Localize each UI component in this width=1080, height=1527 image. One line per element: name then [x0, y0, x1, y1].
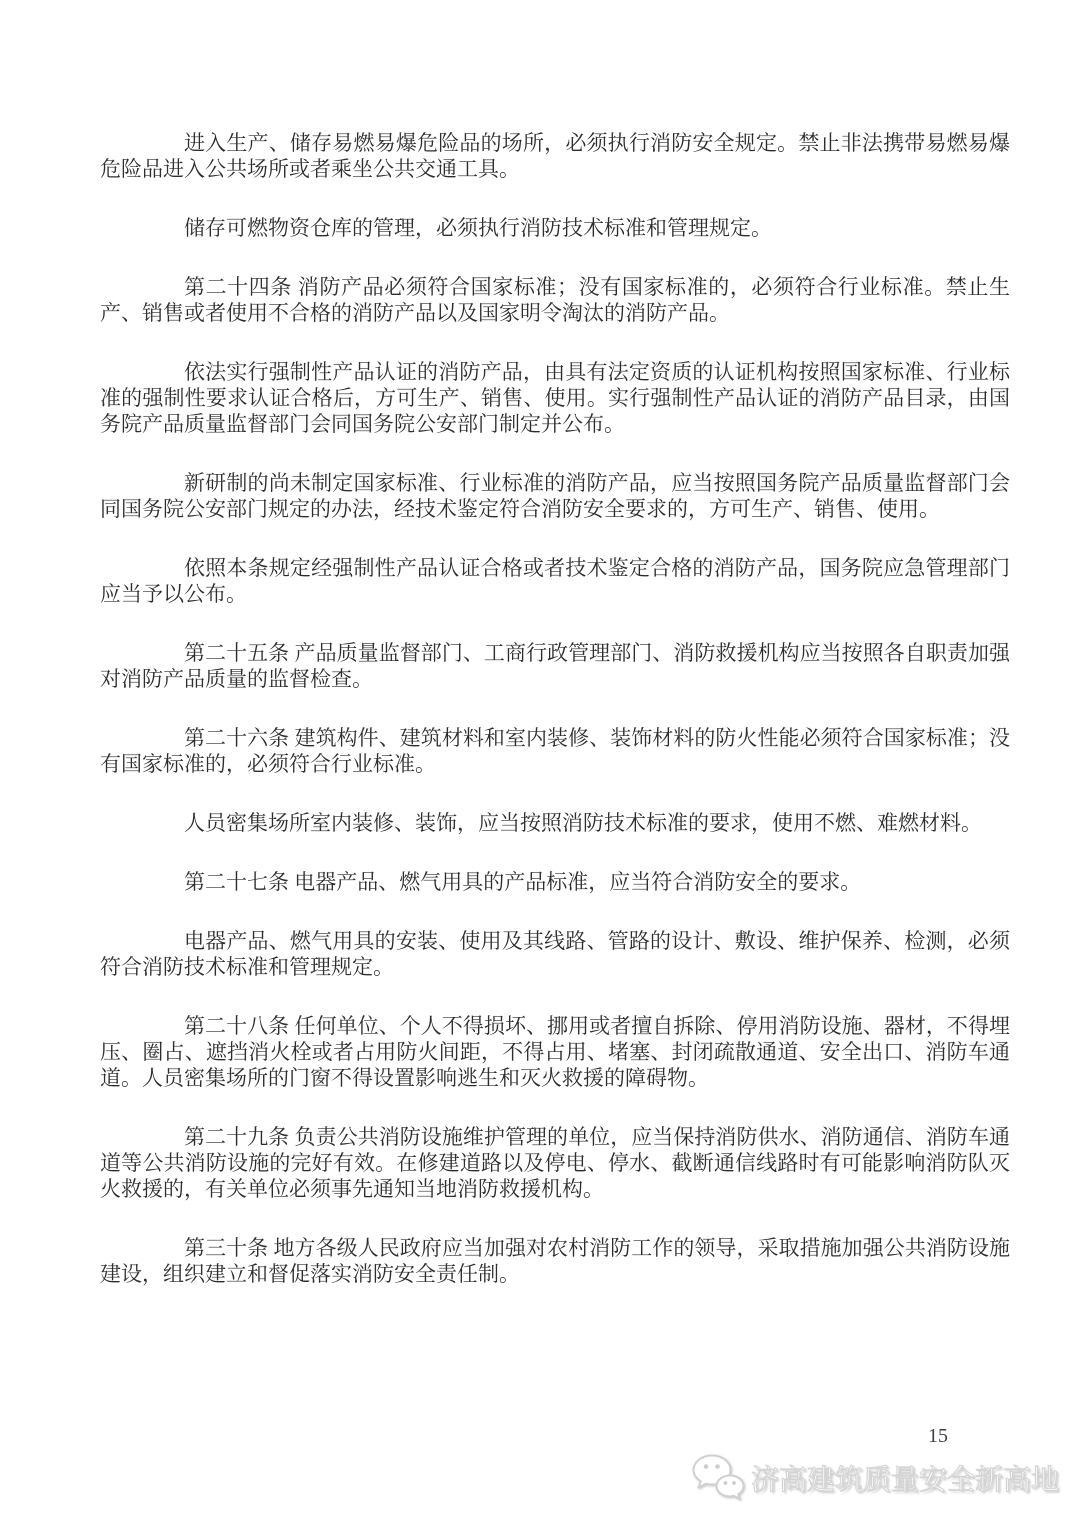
paragraph: 第二十六条 建筑构件、建筑材料和室内装修、装饰材料的防火性能必须符合国家标准；没… [100, 725, 1010, 777]
paragraph: 进入生产、储存易燃易爆危险品的场所，必须执行消防安全规定。禁止非法携带易燃易爆危… [100, 130, 1010, 182]
paragraph: 电器产品、燃气用具的安装、使用及其线路、管路的设计、敷设、维护保养、检测，必须符… [100, 928, 1010, 980]
paragraph: 第二十五条 产品质量监督部门、工商行政管理部门、消防救援机构应当按照各自职责加强… [100, 640, 1010, 692]
paragraph: 第三十条 地方各级人民政府应当加强对农村消防工作的领导，采取措施加强公共消防设施… [100, 1235, 1010, 1287]
paragraph: 第二十七条 电器产品、燃气用具的产品标准，应当符合消防安全的要求。 [100, 869, 1010, 895]
watermark: 济高建筑质量安全新高地 [690, 1452, 1059, 1504]
paragraph: 人员密集场所室内装修、装饰，应当按照消防技术标准的要求，使用不燃、难燃材料。 [100, 810, 1010, 836]
watermark-text: 济高建筑质量安全新高地 [751, 1458, 1059, 1498]
wechat-icon [690, 1452, 746, 1504]
document-body: 进入生产、储存易燃易爆危险品的场所，必须执行消防安全规定。禁止非法携带易燃易爆危… [100, 130, 1010, 1320]
document-page: 进入生产、储存易燃易爆危险品的场所，必须执行消防安全规定。禁止非法携带易燃易爆危… [0, 0, 1080, 1527]
paragraph: 第二十四条 消防产品必须符合国家标准；没有国家标准的，必须符合行业标准。禁止生产… [100, 274, 1010, 326]
paragraph: 依照本条规定经强制性产品认证合格或者技术鉴定合格的消防产品，国务院应急管理部门应… [100, 555, 1010, 607]
paragraph: 依法实行强制性产品认证的消防产品，由具有法定资质的认证机构按照国家标准、行业标准… [100, 359, 1010, 437]
paragraph: 储存可燃物资仓库的管理，必须执行消防技术标准和管理规定。 [100, 215, 1010, 241]
paragraph: 第二十九条 负责公共消防设施维护管理的单位，应当保持消防供水、消防通信、消防车通… [100, 1124, 1010, 1202]
page-number: 15 [896, 1424, 980, 1448]
paragraph: 第二十八条 任何单位、个人不得损坏、挪用或者擅自拆除、停用消防设施、器材，不得埋… [100, 1013, 1010, 1091]
paragraph: 新研制的尚未制定国家标准、行业标准的消防产品，应当按照国务院产品质量监督部门会同… [100, 470, 1010, 522]
